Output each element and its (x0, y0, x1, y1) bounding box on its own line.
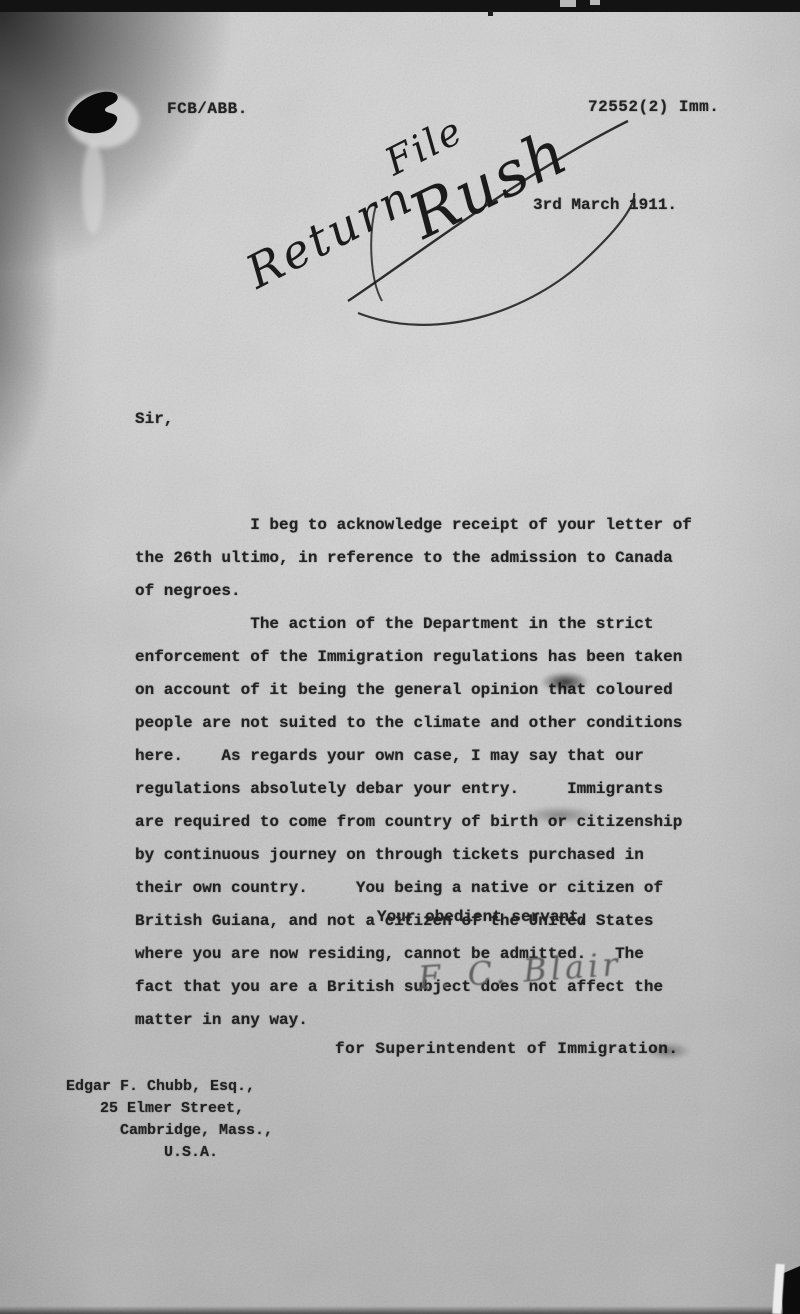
left-edge-shadow (0, 90, 60, 530)
letter-line: of negroes. (135, 575, 692, 608)
handwriting-flourish (230, 105, 670, 335)
scanned-letter-page: FCB/ABB. 72552(2) Imm. Return File Rush … (0, 0, 800, 1314)
letter-body: Sir, I beg to acknowledge receipt of you… (135, 337, 692, 1103)
film-notch (590, 0, 600, 5)
film-speck (488, 10, 493, 16)
ink-smudge-admitted (520, 806, 600, 824)
letter-line: regulations absolutely debar your entry.… (135, 773, 692, 806)
letter-line: The action of the Department in the stri… (135, 608, 692, 641)
ink-smudge-immigration (645, 1042, 691, 1060)
letter-date: 3rd March 1911. (533, 196, 677, 214)
letter-line: here. As regards your own case, I may sa… (135, 740, 692, 773)
ink-overstrike-or (541, 672, 589, 692)
salutation: Sir, (135, 403, 692, 436)
letter-line: their own country. You being a native or… (135, 872, 692, 905)
letter-line: by continuous journey on through tickets… (135, 839, 692, 872)
letter-line: matter in any way. (135, 1004, 692, 1037)
film-edge-top (0, 0, 800, 12)
recipient-address: Edgar F. Chubb, Esq.,25 Elmer Street,Cam… (66, 1076, 273, 1164)
paper-hole-tear (55, 78, 165, 278)
recipient-line: U.S.A. (164, 1142, 273, 1164)
letter-line: are required to come from country of bir… (135, 806, 692, 839)
bottom-edge-shadow (0, 1306, 800, 1314)
letter-line: people are not suited to the climate and… (135, 707, 692, 740)
signer-title: for Superintendent of Immigration. (335, 1040, 678, 1058)
closing-line: Your obedient servant, (377, 908, 588, 926)
recipient-line: Cambridge, Mass., (120, 1120, 273, 1142)
film-notch (560, 0, 576, 7)
letter-line: I beg to acknowledge receipt of your let… (135, 509, 692, 542)
letter-line: on account of it being the general opini… (135, 674, 692, 707)
letter-line: the 26th ultimo, in reference to the adm… (135, 542, 692, 575)
letter-line: enforcement of the Immigration regulatio… (135, 641, 692, 674)
recipient-line: Edgar F. Chubb, Esq., (66, 1076, 273, 1098)
recipient-line: 25 Elmer Street, (100, 1098, 273, 1120)
